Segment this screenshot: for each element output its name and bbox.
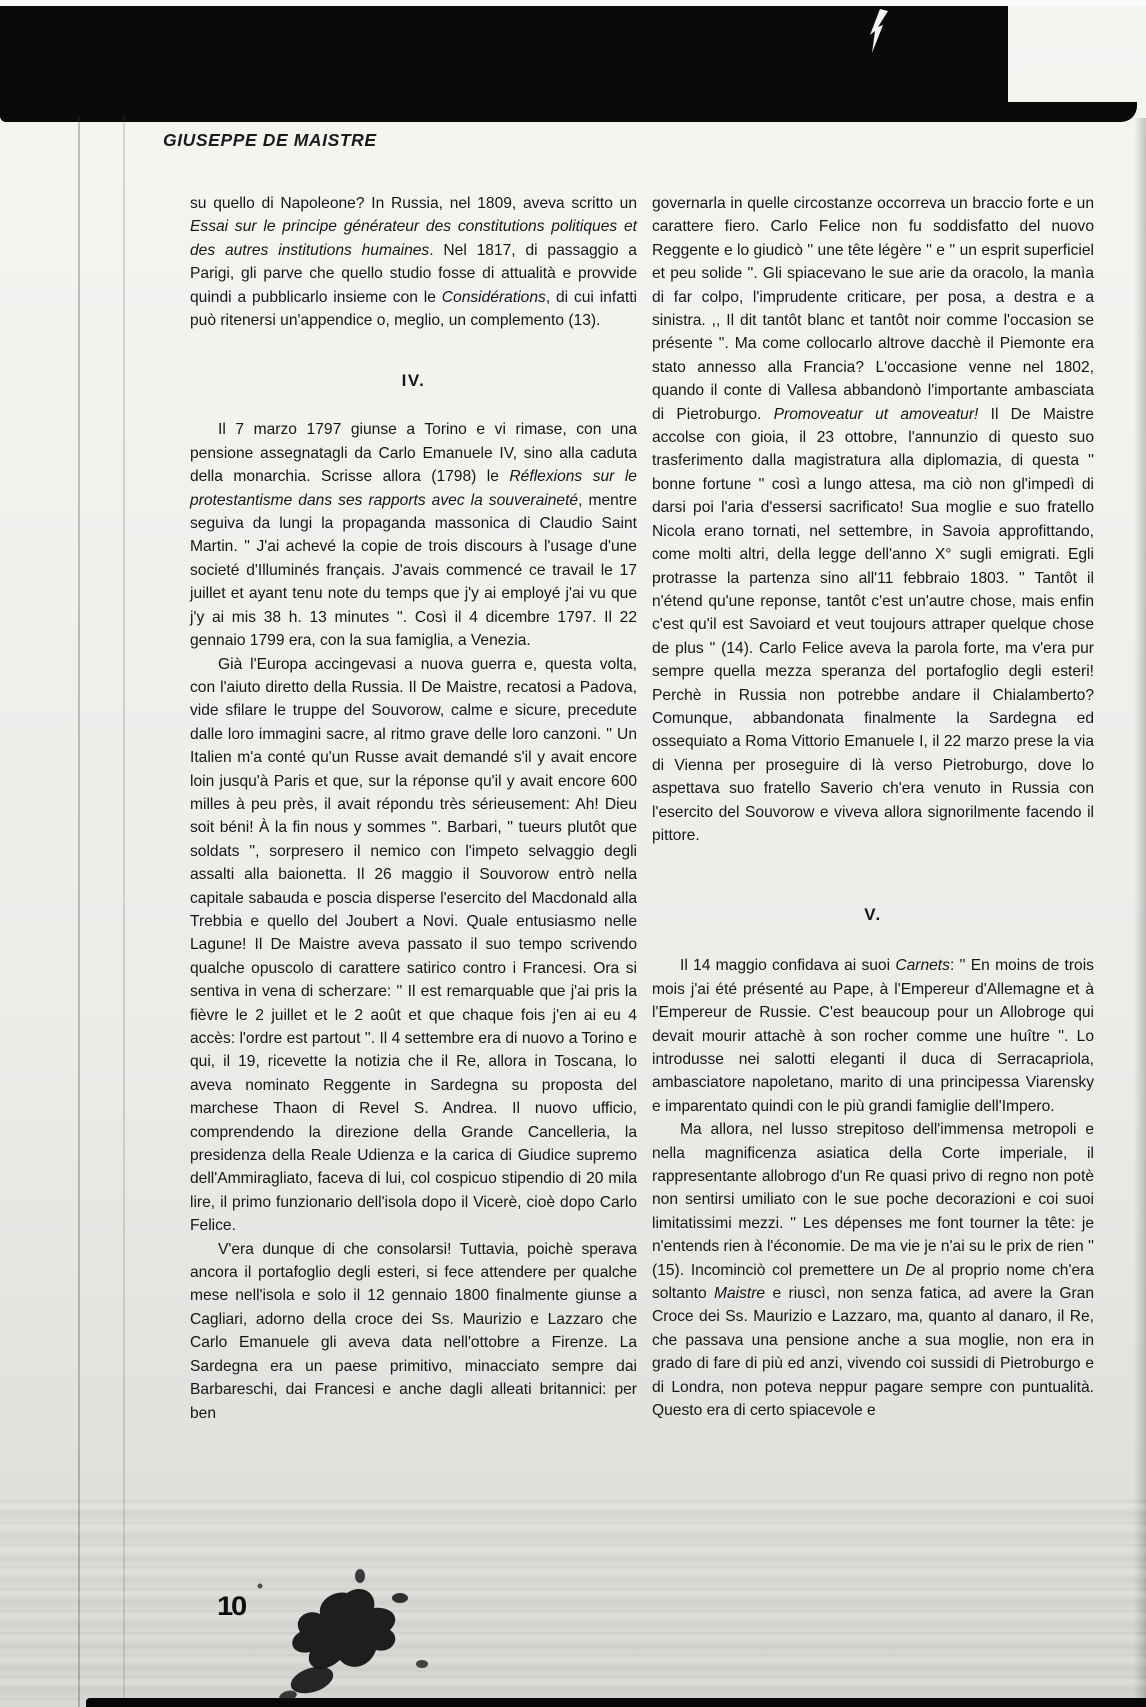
section-heading: V. — [652, 905, 1094, 925]
italic-text: Considérations — [442, 289, 546, 306]
text-run: Il De Maistre accolse con gioia, il 23 o… — [652, 406, 1094, 844]
scan-fold-line-2 — [123, 115, 125, 1707]
scan-top-band-strip — [0, 102, 1137, 122]
italic-text: De — [905, 1262, 925, 1279]
right-column: governarla in quelle circostanze occorre… — [652, 192, 1094, 1423]
text-run: su quello di Napoleone? In Russia, nel 1… — [190, 195, 637, 212]
text-run: Il 14 maggio confidava ai suoi — [680, 957, 895, 974]
paragraph: Il 7 marzo 1797 giunse a Torino e vi rim… — [190, 418, 637, 652]
scanned-page: GIUSEPPE DE MAISTRE su quello di Napoleo… — [0, 0, 1146, 1707]
italic-text: Carnets — [895, 957, 950, 974]
text-run: Ma allora, nel lusso strepitoso dell'imm… — [652, 1121, 1094, 1278]
left-column: su quello di Napoleone? In Russia, nel 1… — [190, 192, 637, 1425]
ink-blot — [252, 1568, 452, 1703]
text-run: : '' En moins de trois mois j'ai été pré… — [652, 957, 1094, 1114]
text-run: Già l'Europa accingevasi a nuova guerra … — [190, 656, 637, 1235]
running-header: GIUSEPPE DE MAISTRE — [163, 130, 377, 151]
paragraph: governarla in quelle circostanze occorre… — [652, 192, 1094, 847]
paragraph: Già l'Europa accingevasi a nuova guerra … — [190, 653, 637, 1238]
scan-arrow-mark — [866, 9, 890, 53]
text-run: V'era dunque di che consolarsi! Tuttavia… — [190, 1241, 637, 1422]
italic-text: Promoveatur ut amoveatur! — [774, 406, 979, 423]
text-run: , mentre seguiva da lungi la propaganda … — [190, 492, 637, 649]
paragraph: su quello di Napoleone? In Russia, nel 1… — [190, 192, 637, 332]
text-run: governarla in quelle circostanze occorre… — [652, 195, 1094, 423]
scan-top-band — [0, 6, 1008, 104]
paragraph: V'era dunque di che consolarsi! Tuttavia… — [190, 1238, 637, 1425]
scan-gutter-shadow — [0, 100, 110, 1707]
paragraph: Ma allora, nel lusso strepitoso dell'imm… — [652, 1118, 1094, 1422]
section-heading: IV. — [190, 371, 637, 391]
page-number: 10 — [217, 1591, 245, 1622]
italic-text: Maistre — [714, 1285, 765, 1302]
scan-right-edge-shadow — [1134, 118, 1146, 1707]
scan-fold-line-1 — [78, 115, 80, 1707]
text-run: e riuscì, non senza fatica, ad avere la … — [652, 1285, 1094, 1419]
scan-bottom-edge — [86, 1698, 1146, 1707]
paragraph: Il 14 maggio confidava ai suoi Carnets: … — [652, 954, 1094, 1118]
scan-bottom-streaks — [0, 1500, 1146, 1700]
